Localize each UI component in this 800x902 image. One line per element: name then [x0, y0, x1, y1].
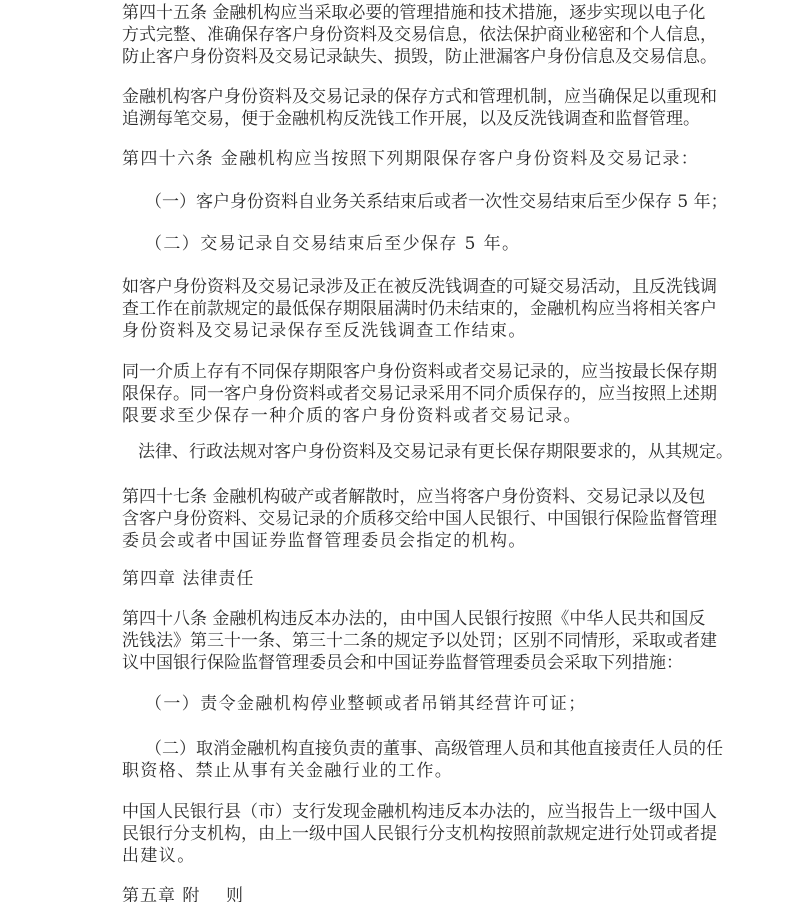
- article-46-para2-line-1: 如客户身份资料及交易记录涉及正在被反洗钱调查的可疑交易活动，且反洗钱调: [122, 276, 679, 298]
- article-46-para4-line-1: 法律、行政法规对客户身份资料及交易记录有更长保存期限要求的，从其规定。: [138, 441, 680, 463]
- article-48-item-2-line-1: （二）取消金融机构直接负责的董事、高级管理人员和其他直接责任人员的任: [145, 738, 679, 760]
- article-47-line-2: 含客户身份资料、交易记录的介质移交给中国人民银行、中国银行保险监督管理: [122, 508, 679, 530]
- article-46-para3-line-1: 同一介质上存有不同保存期限客户身份资料或者交易记录的，应当按最长保存期: [122, 361, 679, 383]
- chapter-4-heading: 第四章 法律责任: [122, 568, 254, 590]
- article-45-para2-line-1: 金融机构客户身份资料及交易记录的保存方式和管理机制，应当确保足以重现和: [122, 86, 679, 108]
- article-46-item-1: （一）客户身份资料自业务关系结束后或者一次性交易结束后至少保存 5 年；: [145, 191, 679, 213]
- article-45-line-2: 方式完整、准确保存客户身份资料及交易信息，依法保护商业秘密和个人信息，: [122, 24, 679, 46]
- article-46-item-2: （二）交易记录自交易结束后至少保存 5 年。: [145, 233, 520, 255]
- article-46-para3-line-3: 限要求至少保存一种介质的客户身份资料或者交易记录。: [122, 405, 582, 427]
- article-46-para2-line-2: 查工作在前款规定的最低保存期限届满时仍未结束的，金融机构应当将相关客户: [122, 298, 679, 320]
- article-48-para2-line-1: 中国人民银行县（市）支行发现金融机构违反本办法的，应当报告上一级中国人: [122, 801, 679, 823]
- chapter-5-heading: 第五章 附 则: [122, 885, 244, 902]
- article-48-line-3: 议中国银行保险监督管理委员会和中国证券监督管理委员会采取下列措施：: [122, 652, 679, 674]
- article-48-line-1: 第四十八条 金融机构违反本办法的，由中国人民银行按照《中华人民共和国反: [122, 608, 679, 630]
- article-47-line-1: 第四十七条 金融机构破产或者解散时，应当将客户身份资料、交易记录以及包: [122, 486, 679, 508]
- article-47-line-3: 委员会或者中国证券监督管理委员会指定的机构。: [122, 530, 527, 552]
- article-48-para2-line-3: 出建议。: [122, 845, 196, 867]
- document-page: 第四十五条 金融机构应当采取必要的管理措施和技术措施，逐步实现以电子化 方式完整…: [0, 0, 800, 902]
- article-45-para2-line-2: 追溯每笔交易，便于金融机构反洗钱工作开展，以及反洗钱调查和监督管理。: [122, 108, 679, 130]
- article-46-para3-line-2: 限保存。同一客户身份资料或者交易记录采用不同介质保存的，应当按照上述期: [122, 383, 679, 405]
- article-46-line-1: 第四十六条 金融机构应当按照下列期限保存客户身份资料及交易记录：: [122, 148, 699, 170]
- article-48-item-2-line-2: 职资格、禁止从事有关金融行业的工作。: [122, 760, 453, 782]
- article-45-line-3: 防止客户身份资料及交易记录缺失、损毁，防止泄漏客户身份信息及交易信息。: [122, 46, 679, 68]
- article-45-line-1: 第四十五条 金融机构应当采取必要的管理措施和技术措施，逐步实现以电子化: [122, 2, 679, 24]
- article-48-line-2: 洗钱法》第三十一条、第三十二条的规定予以处罚；区别不同情形，采取或者建: [122, 630, 679, 652]
- article-48-item-1: （一）责令金融机构停业整顿或者吊销其经营许可证；: [145, 693, 587, 715]
- article-48-para2-line-2: 民银行分支机构，由上一级中国人民银行分支机构按照前款规定进行处罚或者提: [122, 823, 679, 845]
- article-46-para2-line-3: 身份资料及交易记录保存至反洗钱调查工作结束。: [122, 320, 527, 342]
